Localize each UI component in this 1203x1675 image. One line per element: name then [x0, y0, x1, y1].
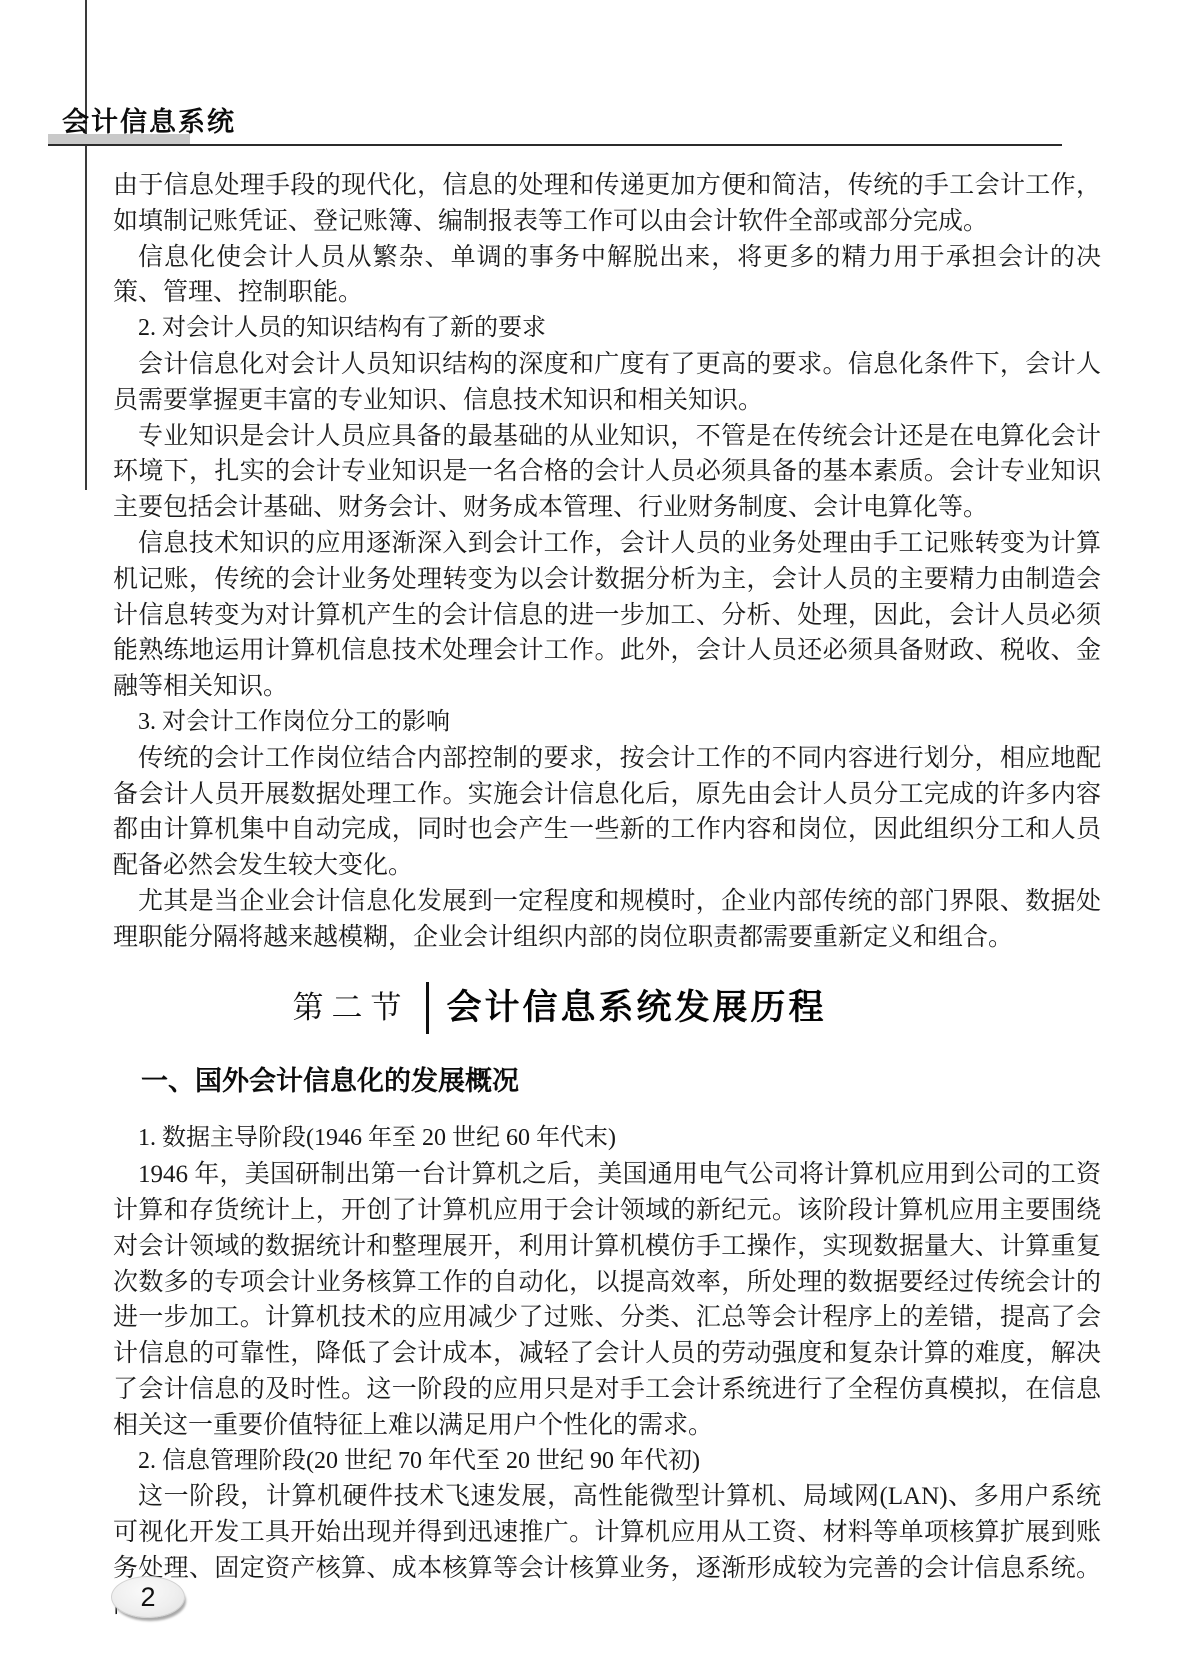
- page-number: 2: [140, 1582, 155, 1613]
- margin-vertical-rule: [85, 0, 87, 490]
- paragraph: 1946 年，美国研制出第一台计算机之后，美国通用电气公司将计算机应用到公司的工…: [113, 1157, 1101, 1443]
- section-number: 第二节: [292, 990, 409, 1026]
- section-heading: 第二节 会计信息系统发展历程: [113, 982, 1006, 1034]
- paragraph: 尤其是当企业会计信息化发展到一定程度和规模时，企业内部传统的部门界限、数据处理职…: [113, 884, 1101, 956]
- numbered-heading: 2. 对会计人员的知识结构有了新的要求: [113, 311, 1101, 347]
- section-title: 会计信息系统发展历程: [446, 990, 826, 1026]
- page-body: 由于信息处理手段的现代化，信息的处理和传递更加方便和简洁，传统的手工会计工作，如…: [113, 168, 1101, 1622]
- paragraph: 传统的会计工作岗位结合内部控制的要求，按会计工作的不同内容进行划分，相应地配备会…: [113, 741, 1101, 884]
- numbered-heading: 1. 数据主导阶段(1946 年至 20 世纪 60 年代末): [113, 1121, 1101, 1157]
- section-divider-bar: [426, 982, 429, 1034]
- subsection-heading: 一、国外会计信息化的发展概况: [113, 1064, 1101, 1100]
- paragraph: 信息技术知识的应用逐渐深入到会计工作，会计人员的业务处理由手工记账转变为计算机记…: [113, 526, 1101, 705]
- paragraph: 专业知识是会计人员应具备的最基础的从业知识，不管是在传统会计还是在电算化会计环境…: [113, 419, 1101, 526]
- paragraph: 会计信息化对会计人员知识结构的深度和广度有了更高的要求。信息化条件下，会计人员需…: [113, 347, 1101, 419]
- numbered-heading: 3. 对会计工作岗位分工的影响: [113, 705, 1101, 741]
- paragraph: 这一阶段，计算机硬件技术飞速发展，高性能微型计算机、局域网(LAN)、多用户系统…: [113, 1479, 1101, 1622]
- paragraph: 由于信息处理手段的现代化，信息的处理和传递更加方便和简洁，传统的手工会计工作，如…: [113, 168, 1101, 240]
- running-head-title: 会计信息系统: [62, 100, 236, 139]
- numbered-heading: 2. 信息管理阶段(20 世纪 70 年代至 20 世纪 90 年代初): [113, 1444, 1101, 1480]
- page-number-badge: 2: [111, 1576, 185, 1618]
- paragraph: 信息化使会计人员从繁杂、单调的事务中解脱出来，将更多的精力用于承担会计的决策、管…: [113, 240, 1101, 312]
- running-head-line: [48, 144, 1062, 146]
